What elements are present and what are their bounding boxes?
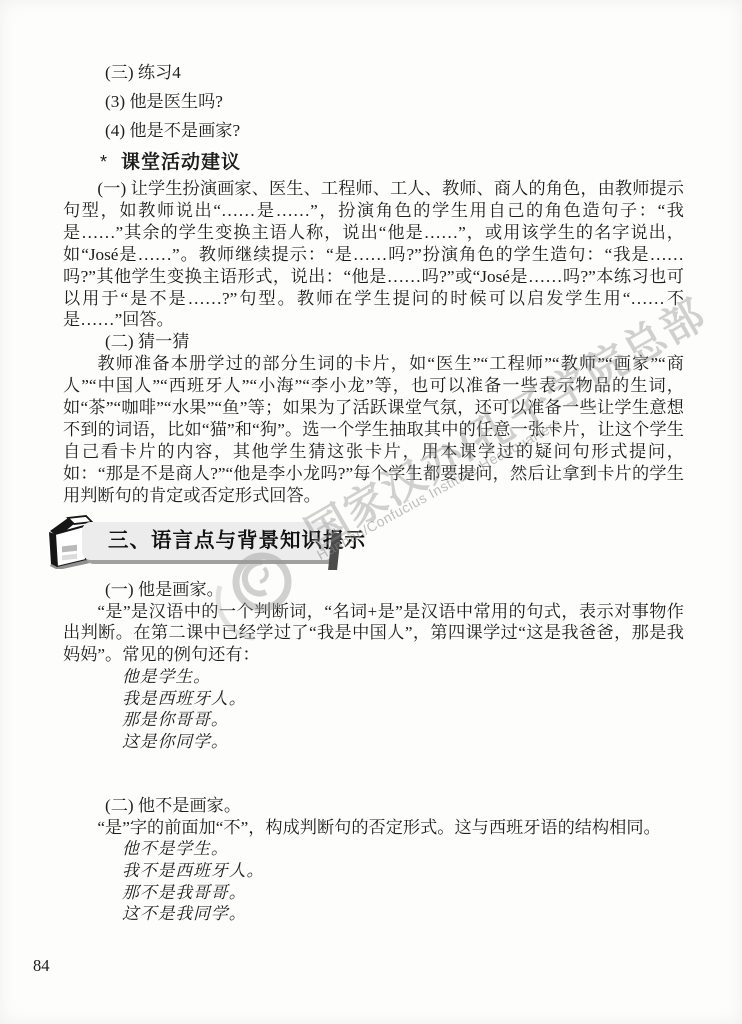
exercise-answer-list: (三) 练习4 (3) 他是医生吗? (4) 他是不是画家? — [63, 58, 684, 145]
exercise-item-4: (4) 他是不是画家? — [63, 116, 684, 145]
example-sentences-affirmative: 他是学生。 我是西班牙人。 那是你哥哥。 这是你同学。 — [63, 666, 684, 752]
example-sentence: 我不是西班牙人。 — [63, 860, 684, 882]
page-content: (三) 练习4 (3) 他是医生吗? (4) 他是不是画家? * 课堂活动建议 … — [63, 58, 684, 925]
example-sentence: 他是学生。 — [63, 666, 684, 688]
exercise-list-heading: (三) 练习4 — [63, 58, 684, 87]
language-point-2-body: “是”字的前面加“不”，构成判断句的否定形式。这与西班牙语的结构相同。 — [63, 817, 684, 839]
classroom-activity-title: 课堂活动建议 — [121, 152, 241, 174]
asterisk-marker: * — [63, 152, 107, 174]
example-sentence: 我是西班牙人。 — [63, 688, 684, 710]
scanned-textbook-page: (三) 练习4 (3) 他是医生吗? (4) 他是不是画家? * 课堂活动建议 … — [0, 0, 742, 1024]
language-point-2-title: (二) 他不是画家。 — [63, 795, 684, 817]
classroom-activity-heading: * 课堂活动建议 — [63, 148, 684, 178]
activity-paragraph-2: 教师准备本册学过的部分生词的卡片，如“医生”“工程师”“教师”“画家”“商人”“… — [63, 353, 684, 506]
exercise-item-3: (3) 他是医生吗? — [63, 87, 684, 116]
language-point-1-body: “是”是汉语中的一个判断词，“名词+是”是汉语中常用的句式，表示对事物作出判断。… — [63, 601, 684, 667]
language-point-1-title: (一) 他是画家。 — [63, 579, 684, 601]
activity-item-2-title: (二) 猜一猜 — [63, 331, 684, 353]
example-sentence: 那是你哥哥。 — [63, 709, 684, 731]
example-sentence: 这不是我同学。 — [63, 903, 684, 925]
activity-paragraph-1: (一) 让学生扮演画家、医生、工程师、工人、教师、商人的角色，由教师提示句型，如… — [63, 178, 684, 331]
section-title: 三、语言点与背景知识提示 — [82, 522, 334, 559]
vertical-gap — [63, 753, 684, 795]
language-section-header: 三、语言点与背景知识提示 — [48, 515, 684, 565]
section-title-bar: 三、语言点与背景知识提示 — [82, 522, 334, 560]
example-sentence: 他不是学生。 — [63, 838, 684, 860]
example-sentence: 那不是我哥哥。 — [63, 882, 684, 904]
example-sentences-negative: 他不是学生。 我不是西班牙人。 那不是我哥哥。 这不是我同学。 — [63, 838, 684, 924]
page-number: 84 — [33, 956, 50, 976]
example-sentence: 这是你同学。 — [63, 731, 684, 753]
